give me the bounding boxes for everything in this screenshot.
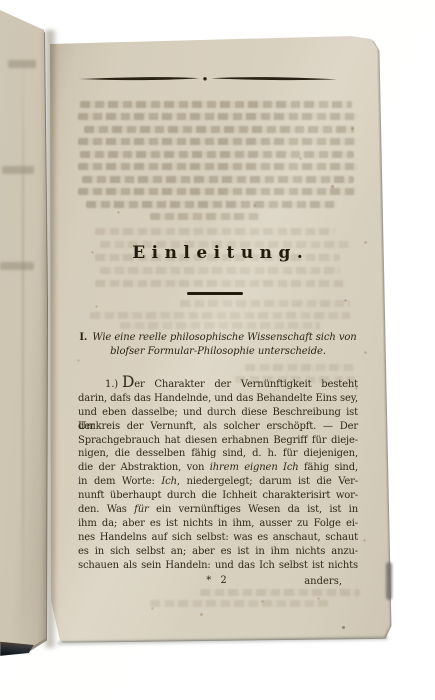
page-content: Einleitung. I.Wie eine reelle philosophi… bbox=[0, 0, 435, 700]
body-line: nunft überhaupt durch die Ichheit charak… bbox=[78, 489, 358, 503]
opening-capital: D bbox=[122, 373, 134, 391]
body-line: Umkreis der Vernunft, als solcher erschö… bbox=[78, 420, 358, 434]
body-line-text: schauen als sein Handeln: und das Ich se… bbox=[78, 560, 358, 571]
body-line-text: fähig sind, bbox=[304, 462, 358, 473]
body-line: schauen als sein Handeln: und das Ich se… bbox=[78, 559, 358, 573]
swelled-rule-ornament bbox=[79, 74, 337, 84]
body-line-text: Umkreis der Vernunft, als solcher erschö… bbox=[78, 421, 358, 432]
body-line-text: nigen, die desselben fähig sind, d. h. f… bbox=[78, 448, 358, 459]
section-divider-rule bbox=[187, 292, 243, 295]
body-line: Sprachgebrauch hat diesen erhabnen Begri… bbox=[78, 434, 358, 448]
section-title-line2: blofser Formular-Philosophie unterscheid… bbox=[110, 346, 326, 357]
body-line: darin, dafs das Handelnde, und das Behan… bbox=[78, 392, 358, 406]
body-line-text: in dem Worte: bbox=[78, 476, 155, 487]
body-line-text: , niedergelegt; darum ist die Ver- bbox=[177, 476, 358, 487]
body-line-text: es in sich selbst an; aber es ist in ihm… bbox=[78, 546, 358, 557]
body-line-text: er Charakter der Vernünftigkeit besteht bbox=[134, 379, 358, 390]
body-line: nigen, die desselben fähig sind, d. h. f… bbox=[78, 447, 358, 461]
body-line-text: nunft überhaupt durch die Ichheit charak… bbox=[78, 490, 358, 501]
book-photograph: Einleitung. I.Wie eine reelle philosophi… bbox=[0, 0, 435, 700]
body-line: ihm da; aber es ist nichts in ihm, ausse… bbox=[78, 517, 358, 531]
body-line: den. Was für ein vernünftiges Wesen da i… bbox=[78, 503, 358, 517]
fore-edge-mark bbox=[386, 562, 392, 600]
section-numeral: I. bbox=[79, 332, 87, 343]
body-line-text: darin, dafs das Handelnde, und das Behan… bbox=[78, 393, 358, 404]
body-line-text: nes Handelns auf sich selbst: was es ans… bbox=[78, 532, 358, 543]
body-paragraph: 1.)Der Charakter der Vernünftigkeit best… bbox=[78, 378, 358, 572]
page-footer: * 2 anders, bbox=[78, 575, 358, 589]
body-line-text: ihm da; aber es ist nichts in ihm, ausse… bbox=[78, 518, 358, 529]
section-title-line1: Wie eine reelle philosophische Wissensch… bbox=[92, 332, 356, 343]
paragraph-number: 1.) bbox=[105, 379, 118, 390]
body-line-emphasis: ihrem eignen Ich bbox=[204, 462, 304, 473]
body-line-text: Sprachgebrauch hat diesen erhabnen Begri… bbox=[78, 435, 358, 446]
body-line: 1.)Der Charakter der Vernünftigkeit best… bbox=[78, 378, 358, 392]
section-heading: I.Wie eine reelle philosophische Wissens… bbox=[72, 331, 364, 359]
body-line-text: ein vernünftiges Wesen da ist, ist in bbox=[156, 504, 358, 515]
catchword: anders, bbox=[304, 576, 342, 587]
body-line: die der Abstraktion, von ihrem eignen Ic… bbox=[78, 461, 358, 475]
chapter-heading: Einleitung. bbox=[70, 243, 365, 263]
body-line-text: die der Abstraktion, von bbox=[78, 462, 204, 473]
body-line-emphasis: für bbox=[127, 504, 156, 515]
body-line: in dem Worte: Ich, niedergelegt; darum i… bbox=[78, 475, 358, 489]
body-line: es in sich selbst an; aber es ist in ihm… bbox=[78, 545, 358, 559]
body-line: und eben dasselbe; und durch diese Besch… bbox=[78, 406, 358, 420]
body-line-emphasis: Ich bbox=[155, 476, 177, 487]
body-line-text: den. Was bbox=[78, 504, 127, 515]
body-line: nes Handelns auf sich selbst: was es ans… bbox=[78, 531, 358, 545]
